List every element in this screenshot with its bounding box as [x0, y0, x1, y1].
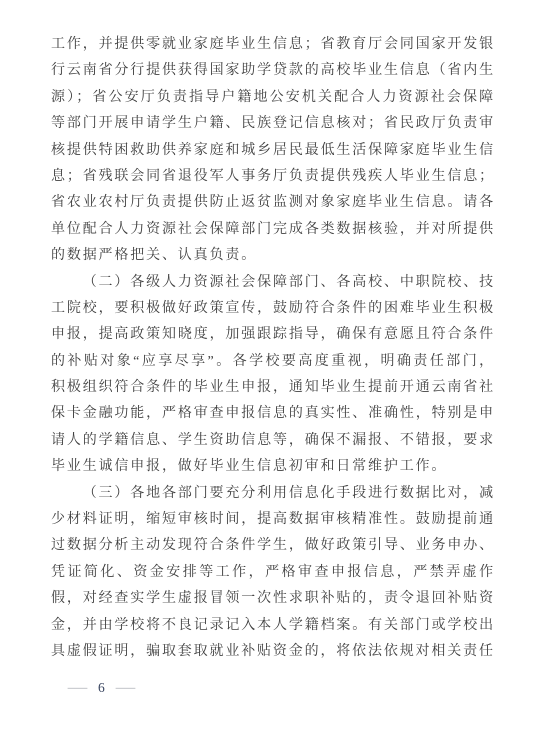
text-line: 核提供特困救助供养家庭和城乡居民最低生活保障家庭毕业生信	[51, 138, 495, 164]
text-line: 具虚假证明，骗取套取就业补贴资金的，将依法依规对相关责任	[51, 639, 495, 665]
text-line: （三）各地各部门要充分利用信息化手段进行数据比对，减	[51, 481, 495, 507]
text-line: 的数据严格把关、认真负责。	[51, 243, 495, 269]
page-number: 6	[98, 680, 105, 696]
text-line: 凭证简化、资金安排等工作，严格审查申报信息，严禁弄虚作	[51, 560, 495, 586]
text-line: 行云南省分行提供获得国家助学贷款的高校毕业生信息（省内生	[51, 58, 495, 84]
text-line: 省农业农村厅负责提供防止返贫监测对象家庭毕业生信息。请各	[51, 190, 495, 216]
text-line: 金，并由学校将不良记录记入本人学籍档案。有关部门或学校出	[51, 613, 495, 639]
footer-dash-left: —	[68, 680, 88, 696]
page-footer: — 6 —	[70, 680, 133, 696]
document-body-text: 工作，并提供零就业家庭毕业生信息；省教育厅会同国家开发银行云南省分行提供获得国家…	[51, 32, 495, 665]
text-line: 的补贴对象“应享尽享”。各学校要高度重视，明确责任部门，	[51, 349, 495, 375]
text-line: 单位配合人力资源社会保障部门完成各类数据核验，并对所提供	[51, 217, 495, 243]
text-line: （二）各级人力资源社会保障部门、各高校、中职院校、技	[51, 270, 495, 296]
text-line: 工作，并提供零就业家庭毕业生信息；省教育厅会同国家开发银	[51, 32, 495, 58]
text-line: 毕业生诚信申报，做好毕业生信息初审和日常维护工作。	[51, 454, 495, 480]
text-line: 保卡金融功能，严格审查申报信息的真实性、准确性，特别是申	[51, 401, 495, 427]
text-line: 工院校，要积极做好政策宣传，鼓励符合条件的困难毕业生积极	[51, 296, 495, 322]
text-line: 源）；省公安厅负责指导户籍地公安机关配合人力资源社会保障	[51, 85, 495, 111]
text-line: 息；省残联会同省退役军人事务厅负责提供残疾人毕业生信息；	[51, 164, 495, 190]
text-line: 假，对经查实学生虚报冒领一次性求职补贴的，责令退回补贴资	[51, 586, 495, 612]
document-page: 工作，并提供零就业家庭毕业生信息；省教育厅会同国家开发银行云南省分行提供获得国家…	[0, 0, 547, 742]
text-line: 等部门开展申请学生户籍、民族登记信息核对；省民政厅负责审	[51, 111, 495, 137]
footer-dash-right: —	[116, 680, 136, 696]
text-line: 过数据分析主动发现符合条件学生，做好政策引导、业务申办、	[51, 533, 495, 559]
text-line: 请人的学籍信息、学生资助信息等，确保不漏报、不错报，要求	[51, 428, 495, 454]
text-line: 积极组织符合条件的毕业生申报，通知毕业生提前开通云南省社	[51, 375, 495, 401]
text-line: 申报，提高政策知晓度，加强跟踪指导，确保有意愿且符合条件	[51, 322, 495, 348]
text-line: 少材料证明，缩短审核时间，提高数据审核精准性。鼓励提前通	[51, 507, 495, 533]
